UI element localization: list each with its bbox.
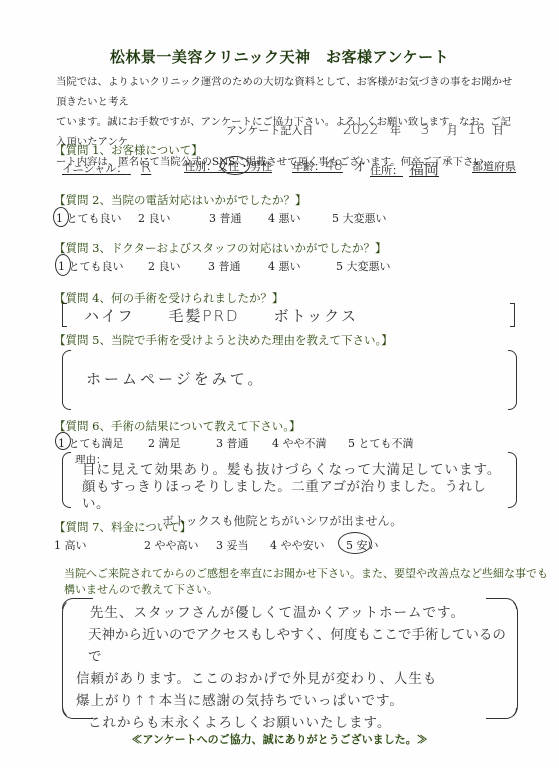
q6-option-2[interactable]: 2 満足 xyxy=(148,435,181,451)
footer-thanks: ≪アンケートへのご協力、誠にありがとうございました。≫ xyxy=(0,731,559,747)
age-value: 48 xyxy=(325,158,343,174)
address-label: 住所： xyxy=(370,164,403,177)
q5-answer[interactable]: ホームページをみて。 xyxy=(86,368,265,389)
q2-label: 【質問 2、当院の電話対応はいかがでしたか？】 xyxy=(54,192,306,208)
q2-option-3[interactable]: 3 普通 xyxy=(209,210,242,226)
comments-line-1: 先生、スタッフさんが優しくて温かくアットホームです。 xyxy=(76,602,516,624)
q6-selected-circle xyxy=(55,432,71,450)
gender-selected-circle xyxy=(220,156,250,175)
q6-reason-line-2: 顔もすっきりほっそりしました。二重アゴが治りました。うれしい。 xyxy=(82,479,512,513)
q4-answer[interactable]: ハイフ 毛髪PRD ボトックス xyxy=(84,305,358,326)
q2-selected-circle xyxy=(53,207,69,227)
q7-label: 【質問 7、料金について】 xyxy=(54,519,191,535)
comments-prompt: 当院へご来院されてからのご感想を率直にお聞かせ下さい。また、要望や改善点など些細… xyxy=(64,566,548,598)
address-field[interactable]: 住所：福岡 xyxy=(370,158,450,179)
q4-bracket-left xyxy=(62,303,67,327)
comments-prompt-line-1: 当院へご来院されてからのご感想を率直にお聞かせ下さい。また、要望や改善点など些細… xyxy=(64,566,548,582)
q2-options: 1 とても良い 2 良い 3 普通 4 悪い 5 大変悪い xyxy=(56,210,536,228)
q6-option-5[interactable]: 5 とても不満 xyxy=(348,435,414,451)
q3-label: 【質問 3、ドクターおよびスタッフの対応はいかがでしたか？】 xyxy=(54,240,387,256)
q7-option-4[interactable]: 4 やや安い xyxy=(270,537,325,553)
age-field[interactable]: 年齢：48 xyxy=(292,158,343,174)
comments-line-2: 天神から近いのでアクセスもしやすく、何度もここで手術しているので xyxy=(76,624,516,668)
comments-prompt-line-2: 構いませんので教えて下さい。 xyxy=(64,582,548,598)
date-year[interactable]: 2022 xyxy=(343,122,379,138)
q5-bracket-left xyxy=(62,350,71,410)
initial-label: イニシャル： xyxy=(62,162,127,175)
age-unit: 才 xyxy=(354,158,365,174)
q7-selected-circle xyxy=(338,532,372,554)
q1-fields: イニシャル： R 性別：女性・男性 年齢：48 才 住所：福岡 都道府県 xyxy=(62,158,542,178)
comments-line-3: 信頼があります。ここのおかげで外見が変わり、人生も xyxy=(76,668,516,690)
q6-option-4[interactable]: 4 やや不満 xyxy=(272,435,327,451)
date-day[interactable]: 16 xyxy=(467,122,485,138)
q7-option-1[interactable]: 1 高い xyxy=(54,537,87,553)
initial-field[interactable]: イニシャル： R xyxy=(62,158,174,176)
survey-title: 松林景一美容クリニック天神 お客様アンケート xyxy=(0,46,559,67)
gender-male[interactable]: 男性 xyxy=(250,160,272,173)
gender-label: 性別： xyxy=(184,160,217,173)
q4-label: 【質問 4、何の手術を受けられましたか？】 xyxy=(54,290,283,306)
date-month-unit: 月 xyxy=(447,124,458,137)
date-label: アンケート記入日 xyxy=(226,124,313,137)
q6-options: 1 とても満足 2 満足 3 普通 4 やや不満 5 とても不満 xyxy=(58,435,538,453)
q5-label: 【質問 5、当院で手術を受けようと決めた理由を教えて下さい。】 xyxy=(54,332,393,348)
q4-bracket-right xyxy=(510,303,515,327)
comments-answer[interactable]: 先生、スタッフさんが優しくて温かくアットホームです。 天神から近いのでアクセスも… xyxy=(76,602,516,734)
q3-options: 1 とても良い 2 良い 3 普通 4 悪い 5 大変悪い xyxy=(58,258,538,276)
survey-date: アンケート記入日 2022 年 3 月 16 日 xyxy=(226,122,504,138)
q5-bracket-right xyxy=(508,350,517,410)
q3-option-4[interactable]: 4 悪い xyxy=(268,258,301,274)
q6-label: 【質問 6、手術の結果について教えて下さい。】 xyxy=(54,418,301,434)
date-day-unit: 日 xyxy=(493,124,504,137)
q3-option-5[interactable]: 5 大変悪い xyxy=(336,258,391,274)
q7-options: 1 高い 2 やや高い 3 妥当 4 やや安い 5 安い xyxy=(54,537,534,555)
q3-selected-circle xyxy=(55,254,71,276)
q2-option-2[interactable]: 2 良い xyxy=(138,210,171,226)
intro-line-1: 当院では、よりよいクリニック運営のための大切な資料として、お客様がお気づきの事を… xyxy=(56,72,516,112)
comments-line-4: 爆上がり↑↑本当に感謝の気持ちでいっぱいです。 xyxy=(76,690,516,712)
address-suffix: 都道府県 xyxy=(472,158,516,174)
date-year-unit: 年 xyxy=(390,124,401,137)
q7-option-2[interactable]: 2 やや高い xyxy=(144,537,199,553)
q6-reason-line-1: 目に見えて効果あり。髪も抜けづらくなって大満足しています。 xyxy=(82,462,512,479)
q3-option-3[interactable]: 3 普通 xyxy=(208,258,241,274)
initial-value: R xyxy=(141,158,151,176)
age-label: 年齢： xyxy=(292,160,325,173)
q7-option-3[interactable]: 3 妥当 xyxy=(216,537,249,553)
q6-bracket-left xyxy=(62,452,71,508)
q6-option-3[interactable]: 3 普通 xyxy=(216,435,249,451)
q3-option-2[interactable]: 2 良い xyxy=(148,258,181,274)
q2-option-5[interactable]: 5 大変悪い xyxy=(332,210,387,226)
q2-option-4[interactable]: 4 悪い xyxy=(268,210,301,226)
address-value: 福岡 xyxy=(409,160,439,178)
q1-label: 【質問 1、お客様について】 xyxy=(54,142,203,158)
date-month[interactable]: 3 xyxy=(420,122,429,138)
